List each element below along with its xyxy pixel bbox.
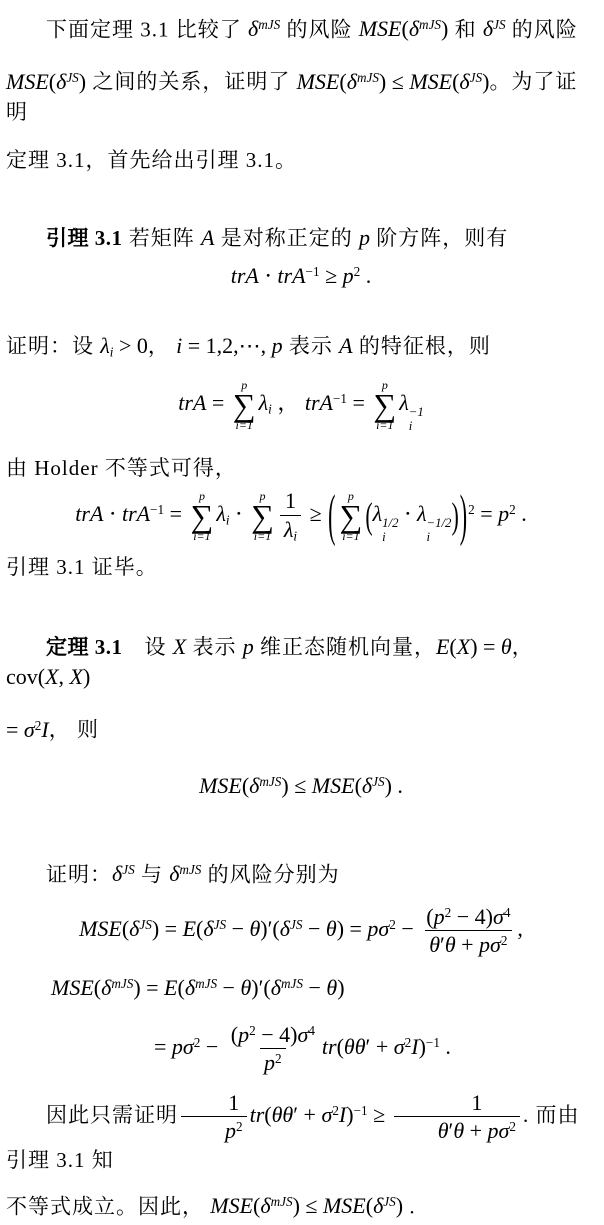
math-p: p: [243, 634, 254, 659]
math-mse-inequality: MSE(δmJS) ≤ MSE(δJS): [210, 1193, 403, 1218]
intro-text-4: 的风险: [506, 17, 578, 41]
conclusion-text-4: .: [403, 1194, 416, 1218]
mse-js-expansion-formula: MSE(δJS) = E(δJS − θ)′(δJS − θ) = pσ2 − …: [6, 903, 596, 959]
intro-text-3: 和: [448, 17, 483, 41]
lemma-text-1: 若矩阵: [123, 226, 202, 250]
math-index-range: i = 1,2,⋯, p: [176, 333, 283, 358]
lemma-display-formula: trA ⋅ trA−1 ≥ p2 .: [6, 263, 596, 289]
math-final-inequality: 1p2tr(θθ′ + σ2I)−1 ≥ 1θ′θ + pσ2: [178, 1102, 523, 1127]
lemma-text-2: 是对称正定的: [214, 226, 359, 250]
intro-text-5: 之间的关系，证明了: [86, 70, 297, 94]
holder-display-formula: trA ⋅ trA−1 = p∑i=1λi ⋅ p∑i=11λi ≥ (p∑i=…: [6, 487, 596, 544]
conclusion-text-3: 不等式成立。因此，: [6, 1194, 210, 1218]
proof1-text-2: ，: [148, 334, 176, 358]
conclusion-line1: 因此只需证明1p2tr(θθ′ + σ2I)−1 ≥ 1θ′θ + pσ2. 而…: [6, 1089, 596, 1175]
lemma-heading: 引理 3.1: [46, 226, 123, 250]
trace-sums-formula: trA = p∑i=1λi ， trA−1 = p∑i=1λ−1i: [6, 379, 596, 433]
theorem-text-5: ， 则: [49, 718, 99, 742]
proof1-text-4: 的特征根，则: [353, 334, 491, 358]
math-mse-delta-js: MSE(δJS): [6, 69, 86, 94]
theorem-text-1: 设: [123, 635, 173, 659]
math-X: X: [173, 634, 186, 659]
para-intro-line3: 定理 3.1，首先给出引理 3.1。: [6, 145, 596, 175]
theorem-text-4: ，: [512, 635, 534, 659]
math-mse-mjs-expansion-1: MSE(δmJS) = E(δmJS − θ)′(δmJS − θ): [51, 975, 345, 1000]
proof2-text-3: 的风险分别为: [201, 862, 339, 886]
math-lambda-positive: λi > 0: [100, 333, 148, 358]
qed-text: 引理 3.1 证毕。: [6, 555, 158, 579]
math-delta-js: δJS: [112, 861, 135, 886]
theorem-text-3: 维正态随机向量，: [254, 635, 436, 659]
math-covariance: cov(X, X): [6, 664, 90, 689]
proof1-text-3: 表示: [283, 334, 340, 358]
intro-text-7: 定理 3.1，首先给出引理 3.1。: [6, 148, 297, 172]
lemma-text-3: 阶方阵，则有: [370, 226, 508, 250]
proof2-text-2: 与: [135, 862, 170, 886]
math-delta-js: δJS: [483, 16, 506, 41]
lemma-proof-line1: 证明：设 λi > 0， i = 1,2,⋯, p 表示 A 的特征根，则: [6, 331, 596, 367]
math-delta-mjs: δmJS: [248, 16, 280, 41]
theorem-proof-line1: 证明：δJS 与 δmJS 的风险分别为: [6, 855, 596, 889]
holder-line: 由 Holder 不等式可得，: [6, 453, 596, 483]
mse-mjs-expansion-formula-2: = pσ2 − (p2 − 4)σ4p2tr(θθ′ + σ2I)−1 .: [6, 1021, 596, 1077]
math-mse-delta-mjs: MSE(δmJS): [359, 16, 449, 41]
para-intro-line2: MSE(δJS) 之间的关系，证明了 MSE(δmJS) ≤ MSE(δJS)。…: [6, 62, 596, 126]
intro-text-1: 下面定理 3.1 比较了: [46, 17, 248, 41]
theorem-text-2: 表示: [186, 635, 243, 659]
proof1-text-1: 证明：设: [6, 334, 100, 358]
math-matrix-A: A: [339, 333, 352, 358]
para-intro-line1: 下面定理 3.1 比较了 δmJS 的风险 MSE(δmJS) 和 δJS 的风…: [6, 10, 596, 44]
theorem-statement-line1: 定理 3.1 设 X 表示 p 维正态随机向量，E(X) = θ，cov(X, …: [6, 632, 596, 692]
math-matrix-A: A: [201, 225, 214, 250]
math-mse-js-expansion: MSE(δJS) = E(δJS − θ)′(δJS − θ) = pσ2 − …: [79, 916, 523, 941]
document-page: 下面定理 3.1 比较了 δmJS 的风险 MSE(δmJS) 和 δJS 的风…: [0, 0, 604, 1225]
proof2-text-1: 证明：: [46, 862, 112, 886]
math-theorem-inequality: MSE(δmJS) ≤ MSE(δJS) .: [199, 773, 403, 798]
math-sigma2I: = σ2I: [6, 717, 49, 742]
theorem-heading: 定理 3.1: [46, 635, 123, 659]
theorem-display-formula: MSE(δmJS) ≤ MSE(δJS) .: [6, 773, 596, 799]
math-mse-mjs-expansion-2: = pσ2 − (p2 − 4)σ4p2tr(θθ′ + σ2I)−1 .: [154, 1034, 451, 1059]
mse-mjs-expansion-formula-1: MSE(δmJS) = E(δmJS − θ)′(δmJS − θ): [6, 975, 596, 1001]
intro-text-2: 的风险: [280, 17, 359, 41]
math-delta-mjs: δmJS: [169, 861, 201, 886]
conclusion-line2: 不等式成立。因此， MSE(δmJS) ≤ MSE(δJS) .: [6, 1187, 596, 1221]
conclusion-text-1: 因此只需证明: [46, 1103, 178, 1127]
theorem-statement-line2: = σ2I， 则: [6, 710, 596, 744]
math-p: p: [359, 225, 370, 250]
lemma-qed-line: 引理 3.1 证毕。: [6, 552, 596, 582]
holder-text: 由 Holder 不等式可得，: [6, 456, 237, 480]
math-holder-inequality: trA ⋅ trA−1 = p∑i=1λi ⋅ p∑i=11λi ≥ (p∑i=…: [75, 501, 526, 526]
lemma-statement: 引理 3.1 若矩阵 A 是对称正定的 p 阶方阵，则有: [6, 223, 596, 253]
math-trace-inequality: trA ⋅ trA−1 ≥ p2 .: [231, 263, 371, 288]
math-trace-sums: trA = p∑i=1λi ， trA−1 = p∑i=1λ−1i: [178, 390, 423, 415]
math-expectation: E(X) = θ: [436, 634, 512, 659]
math-mse-inequality: MSE(δmJS) ≤ MSE(δJS): [297, 69, 490, 94]
